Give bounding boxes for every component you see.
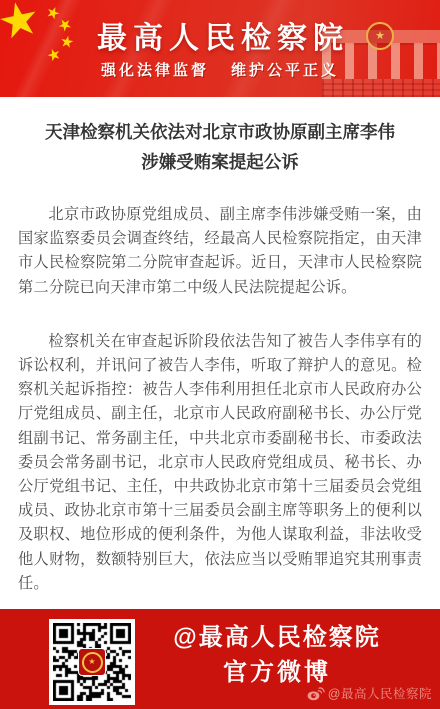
- article-title-line1: 天津检察机关依法对北京市政协原副主席李伟: [30, 117, 410, 147]
- qr-center-emblem-icon: ★: [78, 648, 106, 676]
- article-body: 天津检察机关依法对北京市政协原副主席李伟 涉嫌受贿案提起公诉 北京市政协原党组成…: [0, 97, 440, 609]
- article-paragraph-1: 北京市政协原党组成员、副主席李伟涉嫌受贿一案，由国家监察委员会调查终结，经最高人…: [18, 203, 422, 300]
- footer-account-name: @最高人民检察院: [140, 622, 414, 654]
- weibo-icon: [307, 686, 325, 701]
- article-title-line2: 涉嫌受贿案提起公诉: [30, 147, 410, 177]
- article-paragraph-2: 检察机关在审查起诉阶段依法告知了被告人李伟享有的诉讼权利，并讯问了被告人李伟，听…: [18, 330, 422, 596]
- footer-band: ★ @最高人民检察院 官方微博 @最高人民检察院: [0, 609, 440, 709]
- watermark-text: @最高人民检察院: [328, 684, 432, 702]
- footer-account-block: @最高人民检察院 官方微博: [140, 622, 414, 692]
- announcement-poster: ★ 最高人民检察院 强化法律监督维护公平正义 天津检察机关依法对北京市政协原副主…: [0, 0, 440, 709]
- slogan-right: 维护公平正义: [231, 59, 339, 80]
- slogan-left: 强化法律监督: [101, 59, 209, 80]
- building-windows: [322, 79, 440, 97]
- slogan: 强化法律监督维护公平正义: [0, 59, 440, 80]
- header-banner: ★ 最高人民检察院 强化法律监督维护公平正义: [0, 0, 440, 97]
- qr-emblem-ring: ★: [82, 652, 103, 673]
- weibo-watermark: @最高人民检察院: [307, 684, 432, 702]
- qr-code: ★: [49, 619, 135, 705]
- article-title: 天津检察机关依法对北京市政协原副主席李伟 涉嫌受贿案提起公诉: [30, 117, 410, 177]
- org-name-title: 最高人民检察院: [0, 13, 440, 57]
- qr-emblem-star-icon: ★: [88, 658, 95, 666]
